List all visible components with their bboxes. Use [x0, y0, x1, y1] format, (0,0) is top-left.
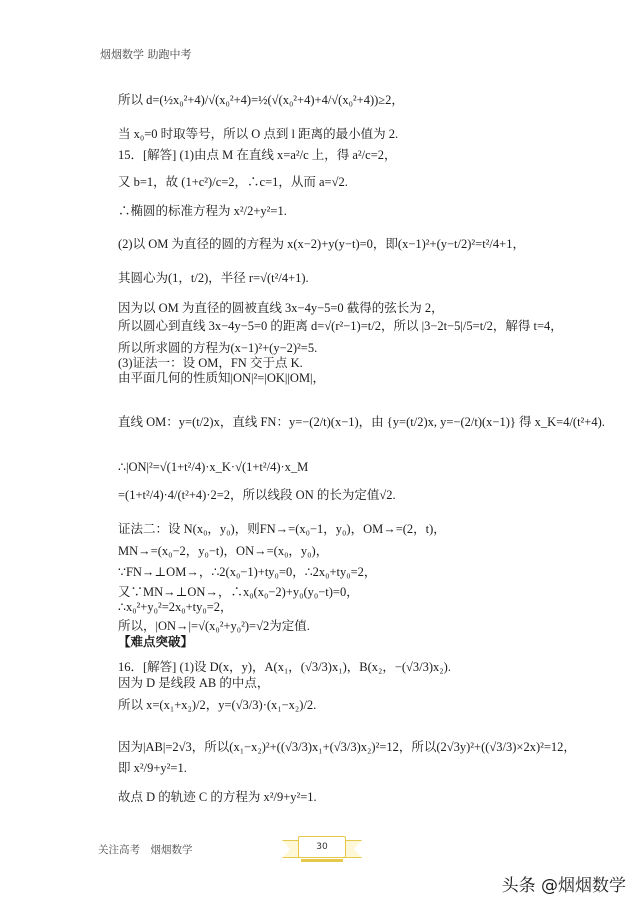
text-line: (3)证法一：设 OM，FN 交于点 K.	[118, 355, 303, 371]
text-line: 由平面几何的性质知|ON|²=|OK||OM|，	[118, 370, 325, 386]
text-line: 所以，|ON→|=√(x₀²+y₀²)=√2为定值.	[118, 618, 310, 634]
text-line: 所以所求圆的方程为(x−1)²+(y−2)²=5.	[118, 340, 317, 356]
problem-16-heading: 16．[解答] (1)设 D(x，y)，A(x₁，(√3/3)x₁)，B(x₂，…	[118, 659, 451, 675]
text-line: 直线 OM：y=(t/2)x，直线 FN：y=−(2/t)(x−1)，由 {y=…	[118, 414, 605, 430]
watermark: 头条 @烟烟数学	[502, 871, 626, 896]
text-line: 又∵MN→⊥ON→，∴x₀(x₀−2)+y₀(y₀−t)=0，	[118, 584, 359, 600]
text-line: 所以 x=(x₁+x₂)/2，y=(√3/3)·(x₁−x₂)/2.	[118, 697, 316, 713]
text-line: ∵FN→⊥OM→，∴2(x₀−1)+ty₀=0，∴2x₀+ty₀=2，	[118, 564, 376, 580]
text-line: 证法二：设 N(x₀，y₀)，则FN→=(x₀−1，y₀)，OM→=(2，t)，	[118, 521, 446, 537]
text-line: =(1+t²/4)·4/(t²+4)·2=2，所以线段 ON 的长为定值√2.	[118, 487, 396, 503]
problem-15-heading: 15．[解答] (1)由点 M 在直线 x=a²/c 上，得 a²/c=2，	[118, 147, 397, 163]
text-line: (2)以 OM 为直径的圆的方程为 x(x−2)+y(y−t)=0，即(x−1)…	[118, 236, 525, 252]
text-line: ∴x₀²+y₀²=2x₀+ty₀=2，	[118, 599, 233, 615]
footer-text: 关注高考 烟烟数学	[98, 842, 193, 857]
text-line: 故点 D 的轨迹 C 的方程为 x²/9+y²=1.	[118, 789, 317, 805]
text-line: 当 x₀=0 时取等号，所以 O 点到 l 距离的最小值为 2.	[118, 126, 398, 142]
text-line: MN→=(x₀−2，y₀−t)，ON→=(x₀，y₀)，	[118, 543, 328, 559]
text-line: 即 x²/9+y²=1.	[118, 760, 187, 776]
text-line: ∴椭圆的标准方程为 x²/2+y²=1.	[118, 203, 287, 219]
text-line: 因为以 OM 为直径的圆被直线 3x−4y−5=0 截得的弦长为 2，	[118, 300, 444, 316]
page-number-ribbon: 30	[282, 835, 362, 861]
page-header: 烟烟数学 助跑中考	[100, 46, 192, 62]
text-line: 所以 d=(½x₀²+4)/√(x₀²+4)=½(√(x₀²+4)+4/√(x₀…	[118, 92, 404, 108]
text-line: ∴|ON|²=√(1+t²/4)·x_K·√(1+t²/4)·x_M	[118, 459, 308, 475]
text-line: 又 b=1，故 (1+c²)/c=2，∴c=1，从而 a=√2.	[118, 174, 348, 190]
text-line: 其圆心为(1，t/2)，半径 r=√(t²/4+1).	[118, 270, 309, 286]
section-heading: 【难点突破】	[118, 634, 193, 650]
page-number: 30	[298, 836, 346, 858]
text-line: 所以圆心到直线 3x−4y−5=0 的距离 d=√(r²−1)=t/2，所以 |…	[118, 318, 563, 334]
text-line: 因为|AB|=2√3，所以(x₁−x₂)²+((√3/3)x₁+(√3/3)x₂…	[118, 739, 576, 755]
text-line: 因为 D 是线段 AB 的中点，	[118, 675, 269, 691]
